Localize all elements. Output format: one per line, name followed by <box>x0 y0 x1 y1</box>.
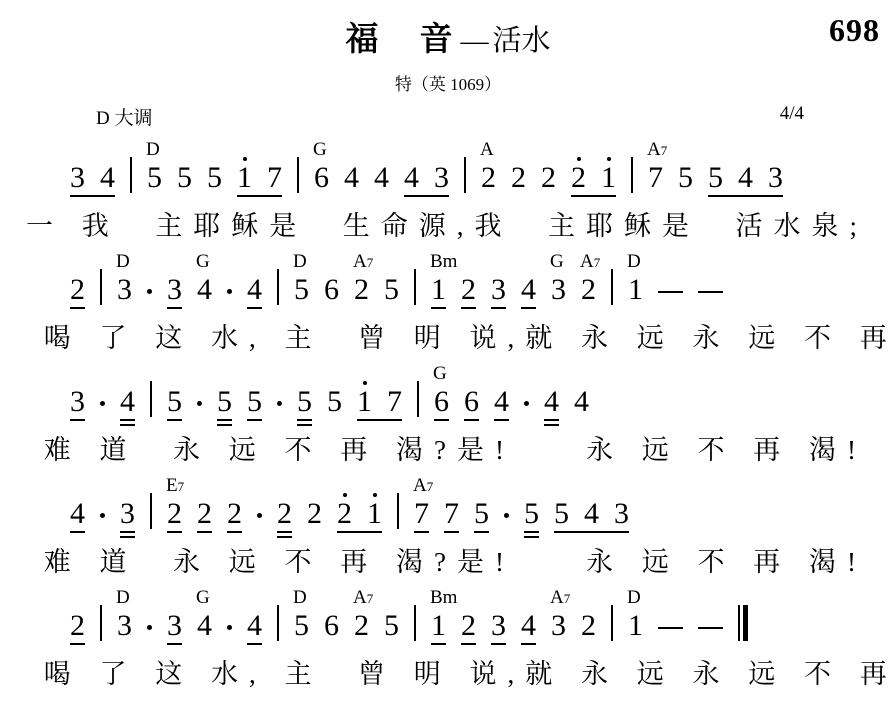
underline-slot <box>494 417 509 427</box>
note-digit: 5 <box>177 163 192 193</box>
jianpu-note: Bm1 <box>431 275 446 315</box>
beam-underline <box>357 417 402 427</box>
note-digit: 5 <box>524 499 539 529</box>
note-digit: 1 <box>431 611 446 641</box>
chord-label: D <box>116 588 130 607</box>
jianpu-note: 2 <box>307 499 322 539</box>
jianpu-note: 3 <box>70 163 85 193</box>
note-digit: 4 <box>197 275 212 305</box>
note-digit: 3 <box>167 611 182 641</box>
underline-slot <box>551 305 566 315</box>
jianpu-note: A72 <box>581 275 596 315</box>
tune-reference: 特（英 1069） <box>0 70 896 95</box>
note-digit: 2 <box>571 163 586 193</box>
lyric-line: 喝 了 这 水, 主 曾 明 说,就 永 远 永 远 不 再 渴。 <box>0 658 896 690</box>
jianpu-note: 6 <box>464 387 479 427</box>
note-digit: 5 <box>708 163 723 193</box>
note-digit: 3 <box>117 275 132 305</box>
underline-slot <box>444 529 459 539</box>
note-digit: 4 <box>100 163 115 193</box>
beamed-group: 43 <box>404 163 449 203</box>
chord-label: Bm <box>430 252 457 271</box>
note-digit: 5 <box>147 163 162 193</box>
jianpu-note: 1 <box>237 163 252 193</box>
jianpu-note: 4 <box>521 275 536 315</box>
notation-line: 2D33G44D56A725Bm1234G3A72D1 <box>0 269 896 315</box>
chord-seventh: 7 <box>367 255 374 270</box>
note-digit: 3 <box>120 499 135 529</box>
bar-line <box>397 493 399 529</box>
note-digit: 5 <box>217 387 232 417</box>
underline-slot <box>481 193 496 203</box>
note-digit: 7 <box>444 499 459 529</box>
title-dash: — <box>456 26 492 57</box>
underline-slot <box>434 417 449 427</box>
beam-underline <box>70 193 115 203</box>
bar-line <box>100 605 102 641</box>
underline-slot <box>581 305 596 315</box>
jianpu-note: G3 <box>551 275 566 315</box>
underline-slot <box>167 417 182 427</box>
jianpu-note: 5 <box>554 499 569 529</box>
jianpu-note: 4 <box>544 387 559 427</box>
jianpu-note: 4 <box>374 163 389 203</box>
jianpu-note: 3 <box>120 499 135 539</box>
augmentation-dot <box>504 513 509 518</box>
jianpu-note: 4 <box>247 275 262 315</box>
underline-slot <box>384 641 399 651</box>
chord-seventh: 7 <box>178 479 185 494</box>
octave-dot <box>607 157 611 161</box>
jianpu-note: 1 <box>357 387 372 417</box>
note-digit: 3 <box>167 275 182 305</box>
chord-label: E7 <box>166 476 184 495</box>
beamed-group: 21 <box>337 499 382 539</box>
underline-slot <box>354 305 369 315</box>
chord-label: D <box>293 588 307 607</box>
underline-slot <box>431 305 446 315</box>
jianpu-note: G6 <box>314 163 329 203</box>
jianpu-note: 5 <box>474 499 489 539</box>
jianpu-note: 4 <box>574 387 589 427</box>
lyric-line: 一 我 主耶稣是 生命源,我 主耶稣是 活水泉; <box>0 210 896 242</box>
beamed-notes: 543 <box>708 163 783 193</box>
jianpu-note: 4 <box>494 387 509 427</box>
underline-slot <box>167 641 182 651</box>
note-digit: 2 <box>70 611 85 641</box>
note-digit: 2 <box>461 611 476 641</box>
underline-slot <box>551 641 566 651</box>
note-digit: 4 <box>494 387 509 417</box>
underline-slot <box>314 193 329 203</box>
note-digit: 4 <box>70 499 85 529</box>
chord-label: Bm <box>430 588 457 607</box>
jianpu-note: D1 <box>628 611 643 651</box>
jianpu-note: Bm1 <box>431 611 446 651</box>
note-digit: 2 <box>581 611 596 641</box>
jianpu-note: G4 <box>197 611 212 651</box>
underline-slot <box>581 641 596 651</box>
note-digit: 1 <box>237 163 252 193</box>
jianpu-note: 4 <box>738 163 753 193</box>
hymn-number: 698 <box>829 12 880 49</box>
augmentation-dot <box>257 513 262 518</box>
note-digit: 3 <box>551 275 566 305</box>
augmentation-dot <box>100 513 105 518</box>
augmentation-dot <box>227 289 232 294</box>
underline-slot <box>374 193 389 203</box>
underline-slot <box>197 529 212 539</box>
chord-label: G <box>313 140 327 159</box>
jianpu-note: 4 <box>521 611 536 651</box>
chord-label: A7 <box>550 588 570 607</box>
jianpu-note: 3 <box>167 275 182 315</box>
note-digit: 4 <box>521 611 536 641</box>
chord-label: A7 <box>580 252 600 271</box>
chord-seventh: 7 <box>594 255 601 270</box>
beamed-group: 543 <box>708 163 783 203</box>
notation-line: 34D55517G64443A22221A775543 <box>0 157 896 203</box>
chord-seventh: 7 <box>661 143 668 158</box>
jianpu-note: 2 <box>70 275 85 315</box>
note-digit: 5 <box>554 499 569 529</box>
underline-slot <box>524 529 539 539</box>
underline-slot <box>574 417 589 427</box>
jianpu-note: 3 <box>167 611 182 651</box>
jianpu-note: 1 <box>601 163 616 193</box>
jianpu-note: D5 <box>147 163 162 203</box>
underline-slot <box>117 641 132 651</box>
bar-line <box>150 493 152 529</box>
chord-label: D <box>146 140 160 159</box>
note-digit: 6 <box>324 611 339 641</box>
note-digit: 6 <box>434 387 449 417</box>
note-digit: 1 <box>431 275 446 305</box>
underline-slot <box>217 417 232 427</box>
underline-slot <box>70 305 85 315</box>
underline-slot <box>648 193 663 203</box>
note-digit: 1 <box>601 163 616 193</box>
jianpu-note: 2 <box>541 163 556 203</box>
note-digit: 4 <box>247 275 262 305</box>
chord-label: G <box>196 252 210 271</box>
note-digit: 5 <box>207 163 222 193</box>
note-digit: 4 <box>197 611 212 641</box>
note-digit: 4 <box>521 275 536 305</box>
jianpu-note: 3 <box>614 499 629 529</box>
bar-line <box>417 381 419 417</box>
bar-line <box>297 157 299 193</box>
jianpu-note: 4 <box>404 163 419 193</box>
chord-seventh: 7 <box>564 591 571 606</box>
augmentation-dot <box>524 401 529 406</box>
beamed-notes: 21 <box>337 499 382 529</box>
jianpu-note: 5 <box>708 163 723 193</box>
note-digit: 2 <box>197 499 212 529</box>
jianpu-note: A77 <box>414 499 429 539</box>
jianpu-note: 2 <box>197 499 212 539</box>
note-digit: 4 <box>544 387 559 417</box>
jianpu-note: 3 <box>491 275 506 315</box>
underline-slot <box>297 417 312 427</box>
note-digit: 6 <box>464 387 479 417</box>
final-bar-line <box>738 605 748 641</box>
underline-slot <box>247 305 262 315</box>
underline-slot <box>461 305 476 315</box>
beamed-notes: 543 <box>554 499 629 529</box>
note-digit: 3 <box>434 163 449 193</box>
jianpu-note: 2 <box>511 163 526 203</box>
jianpu-note: D5 <box>294 611 309 651</box>
underline-slot <box>247 641 262 651</box>
underline-slot <box>70 529 85 539</box>
jianpu-note: A73 <box>551 611 566 651</box>
jianpu-note: 5 <box>207 163 222 203</box>
augmentation-dot <box>100 401 105 406</box>
underline-slot <box>177 193 192 203</box>
note-digit: 2 <box>581 275 596 305</box>
note-digit: 5 <box>678 163 693 193</box>
jianpu-note: 4 <box>584 499 599 529</box>
jianpu-note: 5 <box>678 163 693 203</box>
note-digit: 2 <box>511 163 526 193</box>
underline-slot <box>70 417 85 427</box>
note-digit: 3 <box>70 163 85 193</box>
hymn-title: 福 音—活水 <box>0 22 896 58</box>
note-digit: 3 <box>491 275 506 305</box>
beam-underline <box>571 193 616 203</box>
underline-slot <box>354 641 369 651</box>
underline-slot <box>491 305 506 315</box>
underline-slot <box>197 305 212 315</box>
note-digit: 2 <box>167 499 182 529</box>
bar-line <box>631 157 633 193</box>
notation-line: 345555517G66444 <box>0 381 896 427</box>
note-digit: 2 <box>227 499 242 529</box>
chord-label: A7 <box>353 588 373 607</box>
note-digit: 4 <box>374 163 389 193</box>
augmentation-dot <box>147 625 152 630</box>
jianpu-note: D3 <box>117 611 132 651</box>
underline-slot <box>464 417 479 427</box>
note-digit: 5 <box>247 387 262 417</box>
underline-slot <box>247 417 262 427</box>
jianpu-note: 4 <box>247 611 262 651</box>
note-digit: 7 <box>387 387 402 417</box>
beam-underline <box>404 193 449 203</box>
jianpu-note: 2 <box>461 275 476 315</box>
note-digit: 2 <box>354 611 369 641</box>
jianpu-note: 4 <box>120 387 135 427</box>
jianpu-note: 7 <box>267 163 282 193</box>
underline-slot <box>197 641 212 651</box>
octave-dot <box>373 493 377 497</box>
note-digit: 5 <box>474 499 489 529</box>
bar-line <box>611 269 613 305</box>
chord-label: D <box>627 252 641 271</box>
note-digit: 4 <box>574 387 589 417</box>
beamed-group: 17 <box>357 387 402 427</box>
underline-slot <box>678 193 693 203</box>
note-digit: 4 <box>584 499 599 529</box>
jianpu-note: E72 <box>167 499 182 539</box>
underline-slot <box>344 193 359 203</box>
note-digit: 2 <box>70 275 85 305</box>
note-digit: 1 <box>367 499 382 529</box>
title-category: 福 音 <box>345 22 456 58</box>
note-digit: 2 <box>481 163 496 193</box>
beamed-group: 34 <box>70 163 115 203</box>
jianpu-note: 3 <box>434 163 449 193</box>
jianpu-note: D3 <box>117 275 132 315</box>
underline-slot <box>628 641 643 651</box>
underline-slot <box>511 193 526 203</box>
jianpu-note: G6 <box>434 387 449 427</box>
underline-slot <box>461 641 476 651</box>
jianpu-note: D5 <box>294 275 309 315</box>
sustain-dash <box>698 627 723 630</box>
chord-seventh: 7 <box>427 479 434 494</box>
note-digit: 3 <box>70 387 85 417</box>
note-digit: 6 <box>324 275 339 305</box>
note-digit: 5 <box>167 387 182 417</box>
augmentation-dot <box>277 401 282 406</box>
jianpu-note: 7 <box>444 499 459 539</box>
sustain-dash <box>698 291 723 294</box>
chord-label: D <box>627 588 641 607</box>
lyric-line: 喝 了 这 水, 主 曾 明 说,就 永 远 永 远 不 再 渴。 <box>0 322 896 354</box>
jianpu-note: 4 <box>100 163 115 193</box>
note-digit: 3 <box>551 611 566 641</box>
octave-dot <box>243 157 247 161</box>
jianpu-note: 4 <box>70 499 85 539</box>
jianpu-note: 5 <box>177 163 192 203</box>
bar-line <box>611 605 613 641</box>
jianpu-note: 5 <box>167 387 182 427</box>
note-digit: 5 <box>327 387 342 417</box>
jianpu-note: A72 <box>354 275 369 315</box>
note-digit: 2 <box>337 499 352 529</box>
chord-label: D <box>116 252 130 271</box>
note-digit: 4 <box>738 163 753 193</box>
jianpu-note: D1 <box>628 275 643 315</box>
octave-dot <box>577 157 581 161</box>
augmentation-dot <box>147 289 152 294</box>
underline-slot <box>307 529 322 539</box>
note-digit: 1 <box>628 611 643 641</box>
sustain-dash <box>658 627 683 630</box>
chord-label: A7 <box>413 476 433 495</box>
jianpu-note: A77 <box>648 163 663 203</box>
underline-slot <box>147 193 162 203</box>
note-digit: 7 <box>414 499 429 529</box>
beamed-group: 17 <box>237 163 282 203</box>
underline-slot <box>207 193 222 203</box>
sustain-dash <box>658 291 683 294</box>
underline-slot <box>327 417 342 427</box>
underline-slot <box>521 305 536 315</box>
chord-label: A7 <box>353 252 373 271</box>
notation-line: 2D33G44D56A725Bm1234A732D1 <box>0 605 896 651</box>
beamed-notes: 43 <box>404 163 449 193</box>
bar-line <box>277 605 279 641</box>
underline-slot <box>541 193 556 203</box>
beamed-group: 21 <box>571 163 616 203</box>
beam-underline <box>237 193 282 203</box>
underline-slot <box>277 529 292 539</box>
underline-slot <box>120 529 135 539</box>
note-digit: 2 <box>541 163 556 193</box>
jianpu-note: 2 <box>337 499 352 529</box>
jianpu-note: G4 <box>197 275 212 315</box>
note-digit: 3 <box>768 163 783 193</box>
jianpu-note: 2 <box>277 499 292 539</box>
jianpu-note: 5 <box>327 387 342 427</box>
note-digit: 4 <box>344 163 359 193</box>
octave-dot <box>343 493 347 497</box>
jianpu-note: 5 <box>384 275 399 315</box>
jianpu-note: 5 <box>297 387 312 427</box>
jianpu-note: 2 <box>70 611 85 651</box>
octave-dot <box>363 381 367 385</box>
bar-line <box>150 381 152 417</box>
beamed-notes: 34 <box>70 163 115 193</box>
bar-line <box>100 269 102 305</box>
jianpu-note: 5 <box>247 387 262 427</box>
underline-slot <box>294 305 309 315</box>
note-digit: 4 <box>247 611 262 641</box>
underline-slot <box>120 417 135 427</box>
underline-slot <box>521 641 536 651</box>
underline-slot <box>70 641 85 651</box>
score-area: 34D55517G64443A22221A775543一 我 主耶稣是 生命源,… <box>0 157 896 690</box>
chord-label: G <box>196 588 210 607</box>
note-digit: 4 <box>404 163 419 193</box>
title-name: 活水 <box>492 25 550 57</box>
underline-slot <box>474 529 489 539</box>
note-digit: 5 <box>384 275 399 305</box>
beam-underline <box>554 529 629 539</box>
bar-line <box>414 269 416 305</box>
underline-slot <box>294 641 309 651</box>
bar-line <box>414 605 416 641</box>
note-digit: 5 <box>294 275 309 305</box>
note-digit: 3 <box>117 611 132 641</box>
jianpu-note: 7 <box>387 387 402 417</box>
note-digit: 5 <box>297 387 312 417</box>
note-digit: 6 <box>314 163 329 193</box>
jianpu-note: 5 <box>524 499 539 539</box>
jianpu-note: 5 <box>384 611 399 651</box>
note-digit: 7 <box>648 163 663 193</box>
hymn-sheet-page: 698 福 音—活水 特（英 1069） D 大调 4/4 34D55517G6… <box>0 0 896 702</box>
chord-label: G <box>550 252 564 271</box>
lyric-line: 难 道 永 远 不 再 渴?是! 永 远 不 再 渴! <box>0 546 896 578</box>
jianpu-note: 2 <box>227 499 242 539</box>
beamed-notes: 17 <box>357 387 402 417</box>
jianpu-note: 3 <box>768 163 783 193</box>
augmentation-dot <box>227 625 232 630</box>
jianpu-note: 1 <box>367 499 382 529</box>
chord-label: D <box>293 252 307 271</box>
jianpu-note: 2 <box>461 611 476 651</box>
beamed-group: 543 <box>554 499 629 539</box>
jianpu-note: 2 <box>571 163 586 193</box>
underline-slot <box>324 305 339 315</box>
jianpu-note: 6 <box>324 611 339 651</box>
note-digit: 3 <box>491 611 506 641</box>
bar-line <box>277 269 279 305</box>
